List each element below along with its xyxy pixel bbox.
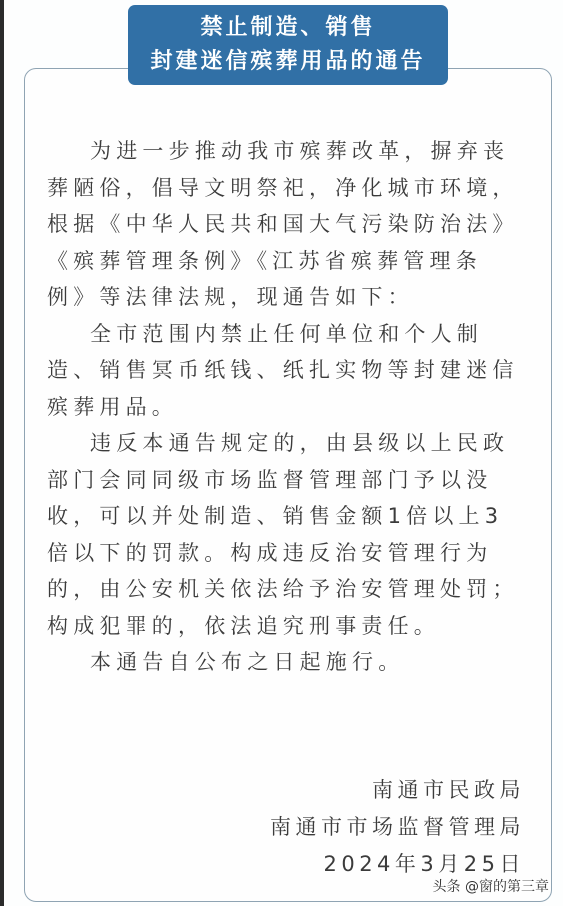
- text-line: 本通告自公布之日起施行。: [47, 644, 527, 681]
- paragraph-preamble: 为进一步推动我市殡葬改革，摒弃丧 葬陋俗，倡导文明祭祀，净化城市环境， 根据《中…: [47, 133, 527, 316]
- source-watermark: 头条 @窗的第三章: [433, 876, 549, 896]
- text-line: 《殡葬管理条例》《江苏省殡葬管理条: [47, 243, 527, 280]
- text-line: 根据《中华人民共和国大气污染防治法》: [47, 206, 527, 243]
- issuer-market-regulation: 南通市市场监督管理局: [270, 809, 525, 846]
- title-line-1: 禁止制造、销售: [128, 11, 448, 45]
- text-line: 为进一步推动我市殡葬改革，摒弃丧: [47, 133, 527, 170]
- paragraph-penalties: 违反本通告规定的，由县级以上民政 部门会同同级市场监督管理部门予以没 收，可以并…: [47, 425, 527, 644]
- text-line: 违反本通告规定的，由县级以上民政: [47, 425, 527, 462]
- text-line: 的，由公安机关依法给予治安管理处罚；: [47, 571, 527, 608]
- text-line: 部门会同同级市场监督管理部门予以没: [47, 462, 527, 499]
- left-edge-strip: [0, 0, 4, 906]
- text-line: 造、销售冥币纸钱、纸扎实物等封建迷信: [47, 352, 527, 389]
- paragraph-effective: 本通告自公布之日起施行。: [47, 644, 527, 681]
- paragraph-prohibition: 全市范围内禁止任何单位和个人制 造、销售冥币纸钱、纸扎实物等封建迷信 殡葬用品。: [47, 316, 527, 426]
- signature-block: 南通市民政局 南通市市场监督管理局 2024年3月25日: [270, 772, 525, 883]
- title-line-2: 封建迷信殡葬用品的通告: [128, 45, 448, 79]
- text-line: 殡葬用品。: [47, 389, 527, 426]
- text-line: 构成犯罪的，依法追究刑事责任。: [47, 608, 527, 645]
- text-line: 收，可以并处制造、销售金额1倍以上3: [47, 498, 527, 535]
- text-line: 例》等法律法规，现通告如下：: [47, 279, 527, 316]
- notice-title-banner: 禁止制造、销售 封建迷信殡葬用品的通告: [128, 5, 448, 85]
- text-line: 葬陋俗，倡导文明祭祀，净化城市环境，: [47, 170, 527, 207]
- text-line: 倍以下的罚款。构成违反治安管理行为: [47, 535, 527, 572]
- notice-body: 为进一步推动我市殡葬改革，摒弃丧 葬陋俗，倡导文明祭祀，净化城市环境， 根据《中…: [47, 133, 527, 681]
- issuer-civil-affairs: 南通市民政局: [270, 772, 525, 809]
- text-line: 全市范围内禁止任何单位和个人制: [47, 316, 527, 353]
